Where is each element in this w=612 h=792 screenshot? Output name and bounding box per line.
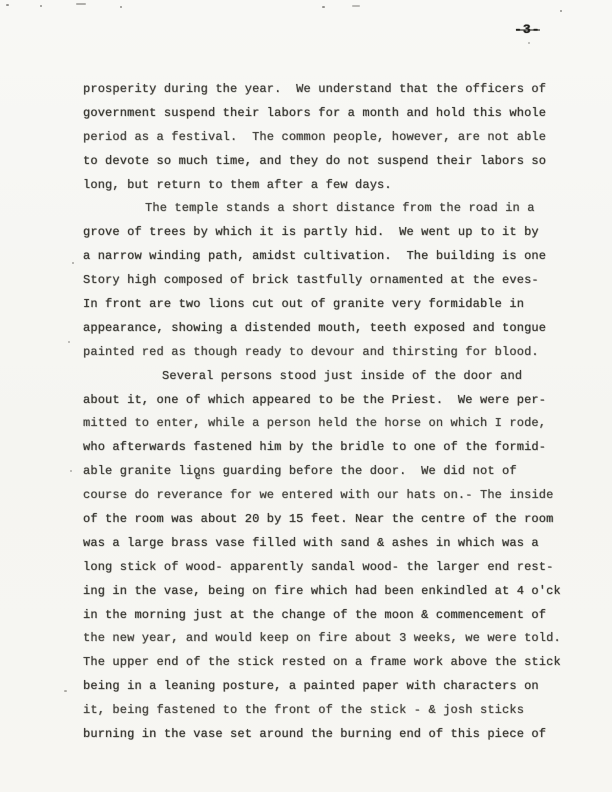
typewritten-line: being in a leaning posture, a painted pa…	[83, 675, 573, 699]
typewritten-line: long, but return to them after a few day…	[83, 174, 573, 198]
typewritten-line: grove of trees by which it is partly hid…	[83, 221, 573, 245]
typewritten-line: appearance, showing a distended mouth, t…	[83, 317, 573, 341]
page-number: -3-	[514, 22, 540, 37]
typewritten-line: of the room was about 20 by 15 feet. Nea…	[83, 508, 573, 532]
typewritten-line: a narrow winding path, amidst cultivatio…	[83, 245, 573, 269]
typewritten-line: painted red as though ready to devour an…	[83, 341, 573, 365]
typewritten-line: burning in the vase set around the burni…	[83, 723, 573, 747]
scan-speck	[6, 4, 9, 6]
typewritten-line: about it, one of which appeared to be th…	[83, 389, 573, 413]
typewritten-line: period as a festival. The common people,…	[83, 126, 573, 150]
typewritten-line: long stick of wood- apparently sandal wo…	[83, 556, 573, 580]
scan-speck	[528, 42, 530, 44]
typewritten-line: The upper end of the stick rested on a f…	[83, 651, 573, 675]
typewritten-line: Several persons stood just inside of the…	[83, 365, 573, 389]
typewritten-line: ing in the vase, being on fire which had…	[83, 580, 573, 604]
typewritten-line: in the morning just at the change of the…	[83, 604, 573, 628]
scanned-typewritten-page: -3- prosperity during the year. We under…	[0, 0, 612, 792]
typewritten-line: who afterwards fastened him by the bridl…	[83, 436, 573, 460]
typewritten-line: was a large brass vase filled with sand …	[83, 532, 573, 556]
scan-speck	[70, 470, 72, 472]
scan-speck	[120, 6, 122, 8]
scan-speck	[68, 341, 70, 343]
scan-speck	[72, 262, 74, 264]
typewritten-line: In front are two lions cut out of granit…	[83, 293, 573, 317]
typewritten-line: to devote so much time, and they do not …	[83, 150, 573, 174]
typewritten-line: Story high composed of brick tastfully o…	[83, 269, 573, 293]
typewritten-line: it, being fastened to the front of the s…	[83, 699, 573, 723]
typewritten-line: mitted to enter, while a person held the…	[83, 412, 573, 436]
typewritten-line: government suspend their labors for a mo…	[83, 102, 573, 126]
typewritten-line: prosperity during the year. We understan…	[83, 78, 573, 102]
typewritten-line: the new year, and would keep on fire abo…	[83, 627, 573, 651]
scan-speck	[322, 6, 325, 8]
typewritten-line: The temple stands a short distance from …	[83, 197, 573, 221]
typewritten-line: course do reveraence for we entered with…	[83, 484, 573, 508]
typewritten-body: prosperity during the year. We understan…	[83, 78, 573, 747]
scan-speck	[64, 690, 67, 692]
scan-speck	[76, 3, 86, 5]
typed-correction-above-line: e	[195, 473, 201, 483]
scan-speck	[560, 10, 562, 12]
typewritten-line: able granite lions guarding before the d…	[83, 460, 573, 484]
scan-speck	[352, 5, 360, 7]
scan-speck	[40, 5, 42, 7]
